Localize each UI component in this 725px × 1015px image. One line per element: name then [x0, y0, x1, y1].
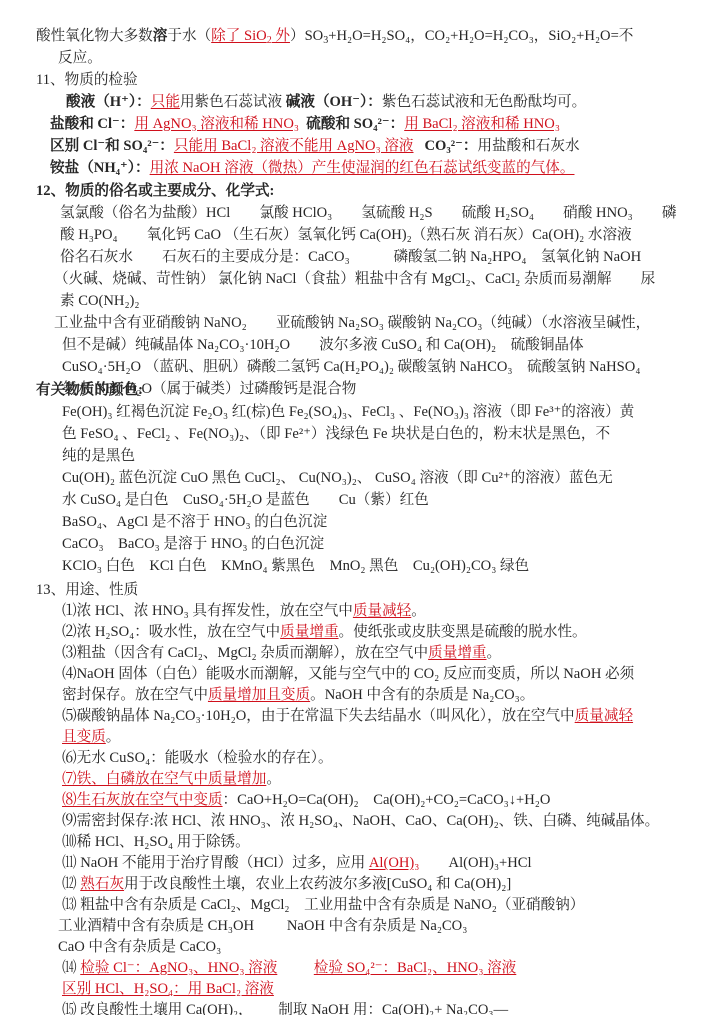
section-12-line: 但不是碱）纯碱晶体 Na₂CO₃·10H₂O 波尔多液 CuSO₄ 和 Ca(O…	[62, 335, 584, 355]
intro-line-1: 酸性氧化物大多数溶于水（除了 SiO2 外）SO3+H₂O=H₂SO₄，CO₂+…	[36, 26, 633, 46]
colors-line: Fe(OH)₃ 红褐色沉淀 Fe₂O₃ 红(棕)色 Fe₂(SO₄)₃、FeCl…	[62, 402, 634, 422]
co3-label: CO₃²⁻：	[424, 138, 477, 154]
hcl-red-note: 用 AgNO₃ 溶液和稀 HNO₃	[134, 116, 299, 132]
colors-line: 色 FeSO₄ 、FeCl₂ 、Fe(NO₃)₂、（即 Fe²⁺）浅绿色 Fe …	[62, 424, 610, 444]
item-13: ⒀ 粗盐中含有杂质是 CaCl₂、MgCl₂ 工业用盐中含有杂质是 NaNO₂（…	[62, 895, 584, 915]
section-12-line: 俗名石灰水 石灰石的主要成分是：CaCO₃ 磷酸氢二钠 Na₂HPO₄ 氢氧化钠…	[60, 247, 641, 267]
intro-line-2: 反应。	[58, 48, 102, 68]
section-11-title: 11、物质的检验	[36, 70, 138, 90]
nh4-line: 铵盐（NH₄⁺）：用浓 NaOH 溶液（微热）产生使湿润的红色石蕊试纸变蓝的气体…	[50, 158, 574, 178]
item-4-red-note: 质量增加且变质	[208, 687, 310, 703]
intro-red-note: 除了 SiO2 外	[211, 28, 290, 44]
item-13-cont: 工业酒精中含有杂质是 CH₃OH NaOH 中含有杂质是 Na₂CO₃	[58, 916, 467, 936]
item-15: ⒂ 改良酸性土壤用 Ca(OH)₂， 制取 NaOH 用：Ca(OH)₂+ Na…	[62, 1000, 586, 1015]
colors-line: BaSO₄、AgCl 是不溶于 HNO₃ 的白色沉淀	[62, 512, 327, 532]
item-8: ⑻生石灰放在空气中变质：CaO+H₂O=Ca(OH)₂ Ca(OH)₂+CO₂=…	[62, 790, 550, 810]
acid-text: 用紫色石蕊试液	[180, 94, 282, 110]
item-5-cont: 且变质。	[62, 727, 120, 747]
colors-line: 纯的是黑色	[62, 446, 135, 466]
item-7: ⑺铁、白磷放在空气中质量增加。	[62, 769, 281, 789]
item-9: ⑼需密封保存:浓 HCl、浓 HNO₃、浓 H₂SO₄、NaOH、CaO、Ca(…	[62, 811, 659, 831]
item-5: ⑸碳酸钠晶体 Na₂CO₃·10H₂O，由于在常温下失去结晶水（叫风化），放在空…	[62, 706, 633, 726]
distinguish-line: 区别 Cl⁻和 SO₄²⁻：只能用 BaCl₂ 溶液不能用 AgNO₃ 溶液 C…	[50, 136, 580, 156]
section-12-line: 氢氯酸（俗名为盐酸）HCl 氯酸 HClO₃ 氢硫酸 H₂S 硫酸 H₂SO₄ …	[60, 203, 677, 223]
section-12-line: （火碱、烧碱、苛性钠） 氯化钠 NaCl（食盐）粗盐中含有 MgCl₂、CaCl…	[54, 269, 655, 289]
colors-line: KClO₃ 白色 KCl 白色 KMnO₄ 紫黑色 MnO₂ 黑色 Cu₂(OH…	[62, 556, 529, 576]
item-14-red-note: 检验 Cl⁻：AgNO₃、HNO₃ 溶液	[80, 960, 277, 976]
nh4-label: 铵盐（NH₄⁺）：	[50, 160, 150, 176]
item-13-cont-2: CaO 中含有杂质是 CaCO₃	[58, 937, 221, 957]
item-14-red-note-3: 区别 HCl、H₂SO₄：用 BaCl₂ 溶液	[62, 981, 274, 997]
intro-bold-char: 溶	[153, 28, 168, 44]
item-14: ⒁ 检验 Cl⁻：AgNO₃、HNO₃ 溶液 检验 SO₄²⁻：BaCl₂、HN…	[62, 958, 516, 978]
intro-text-2: 于水（	[167, 28, 211, 44]
section-12-title: 12、物质的俗名或主要成分、化学式:	[36, 181, 274, 201]
item-5-red-note-2: 且变质	[62, 729, 106, 745]
item-3: ⑶粗盐（因含有 CaCl₂、MgCl₂ 杂质而潮解），放在空气中质量增重。	[62, 643, 501, 663]
section-12-line: CuSO₄·5H₂O （蓝矾、胆矾）磷酸二氢钙 Ca(H₂PO₄)₂ 碳酸氢钠 …	[62, 357, 640, 377]
item-3-red-note: 质量增重	[428, 645, 486, 661]
acid-red-note: 只能	[151, 94, 180, 110]
colors-line: 水 CuSO₄ 是白色 CuSO₄·5H₂O 是蓝色 Cu（紫）红色	[62, 490, 429, 510]
item-12-red-note: 熟石灰	[80, 876, 124, 892]
intro-equations: +H₂O=H₂SO₄，CO₂+H₂O=H₂CO₃，SiO₂+H₂O=不	[328, 28, 633, 44]
distinguish-label: 区别 Cl⁻和 SO₄²⁻：	[50, 138, 174, 154]
answer-blank	[508, 1001, 586, 1015]
co3-text: 用盐酸和石灰水	[477, 138, 579, 154]
item-14-cont: 区别 HCl、H₂SO₄：用 BaCl₂ 溶液	[62, 979, 274, 999]
colors-title: 有关物质的颜色:	[36, 380, 143, 400]
intro-text: 酸性氧化物大多数	[36, 28, 153, 44]
nh4-red-note: 用浓 NaOH 溶液（微热）产生使湿润的红色石蕊试纸变蓝的气体。	[150, 160, 575, 176]
item-4-cont: 密封保存。放在空气中质量增加且变质。NaOH 中含有的杂质是 Na₂CO₃。	[62, 685, 534, 705]
hcl-label: 盐酸和 Cl⁻：	[50, 116, 134, 132]
section-12-line: 素 CO(NH₂)₂	[60, 291, 140, 311]
item-10: ⑽稀 HCl、H₂SO₄ 用于除锈。	[62, 832, 250, 852]
colors-line: Cu(OH)₂ 蓝色沉淀 CuO 黑色 CuCl₂、 Cu(NO₃)₂、 CuS…	[62, 468, 613, 488]
item-4: ⑷NaOH 固体（白色）能吸水而潮解，又能与空气中的 CO₂ 反应而变质，所以 …	[62, 664, 634, 684]
distinguish-red-note: 只能用 BaCl₂ 溶液不能用 AgNO₃ 溶液	[174, 138, 414, 154]
item-2-red-note: 质量增重	[280, 624, 338, 640]
colors-line: CaCO₃ BaCO₃ 是溶于 HNO₃ 的白色沉淀	[62, 534, 324, 554]
item-14-red-note-2: 检验 SO₄²⁻：BaCl₂、HNO₃ 溶液	[314, 960, 516, 976]
base-label: 碱液（OH⁻）：	[286, 94, 382, 110]
item-6: ⑹无水 CuSO₄：能吸水（检验水的存在）。	[62, 748, 333, 768]
item-7-red-note: ⑺铁、白磷放在空气中质量增加	[62, 771, 266, 787]
hcl-test-line: 盐酸和 Cl⁻：用 AgNO₃ 溶液和稀 HNO₃ 硫酸和 SO₄²⁻：用 Ba…	[50, 114, 560, 134]
item-1-red-note: 质量减轻	[353, 603, 411, 619]
section-13-title: 13、用途、性质	[36, 580, 138, 600]
h2so4-red-note: 用 BaCl₂ 溶液和稀 HNO₃	[404, 116, 560, 132]
intro-text-3: ）SO	[290, 28, 323, 44]
item-2: ⑵浓 H₂SO₄：吸水性，放在空气中质量增重。使纸张或皮肤变黑是硫酸的脱水性。	[62, 622, 587, 642]
base-text: 紫色石蕊试液和无色酚酞均可。	[382, 94, 586, 110]
acid-label: 酸液（H⁺）：	[66, 94, 151, 110]
item-8-red-note: ⑻生石灰放在空气中变质	[62, 792, 223, 808]
h2so4-label: 硫酸和 SO₄²⁻：	[306, 116, 404, 132]
section-12-line: 工业盐中含有亚硝酸钠 NaNO₂ 亚硫酸钠 Na₂SO₃ 碳酸钠 Na₂CO₃（…	[54, 313, 650, 333]
section-12-line: 酸 H₃PO₄ 氧化钙 CaO （生石灰）氢氧化钙 Ca(OH)₂（熟石灰 消石…	[60, 225, 632, 245]
item-11-red-note: Al(OH)₃	[369, 855, 419, 871]
item-5-red-note: 质量减轻	[575, 708, 633, 724]
acid-test-line: 酸液（H⁺）：只能用紫色石蕊试液 碱液（OH⁻）：紫色石蕊试液和无色酚酞均可。	[66, 92, 586, 112]
item-12: ⑿ 熟石灰用于改良酸性土壤，农业上农药波尔多液[CuSO₄ 和 Ca(OH)₂]	[62, 874, 511, 894]
item-1: ⑴浓 HCl、浓 HNO₃ 具有挥发性，放在空气中质量减轻。	[62, 601, 426, 621]
item-11: ⑾ NaOH 不能用于治疗胃酸（HCl）过多，应用 Al(OH)₃ Al(OH)…	[62, 853, 532, 873]
